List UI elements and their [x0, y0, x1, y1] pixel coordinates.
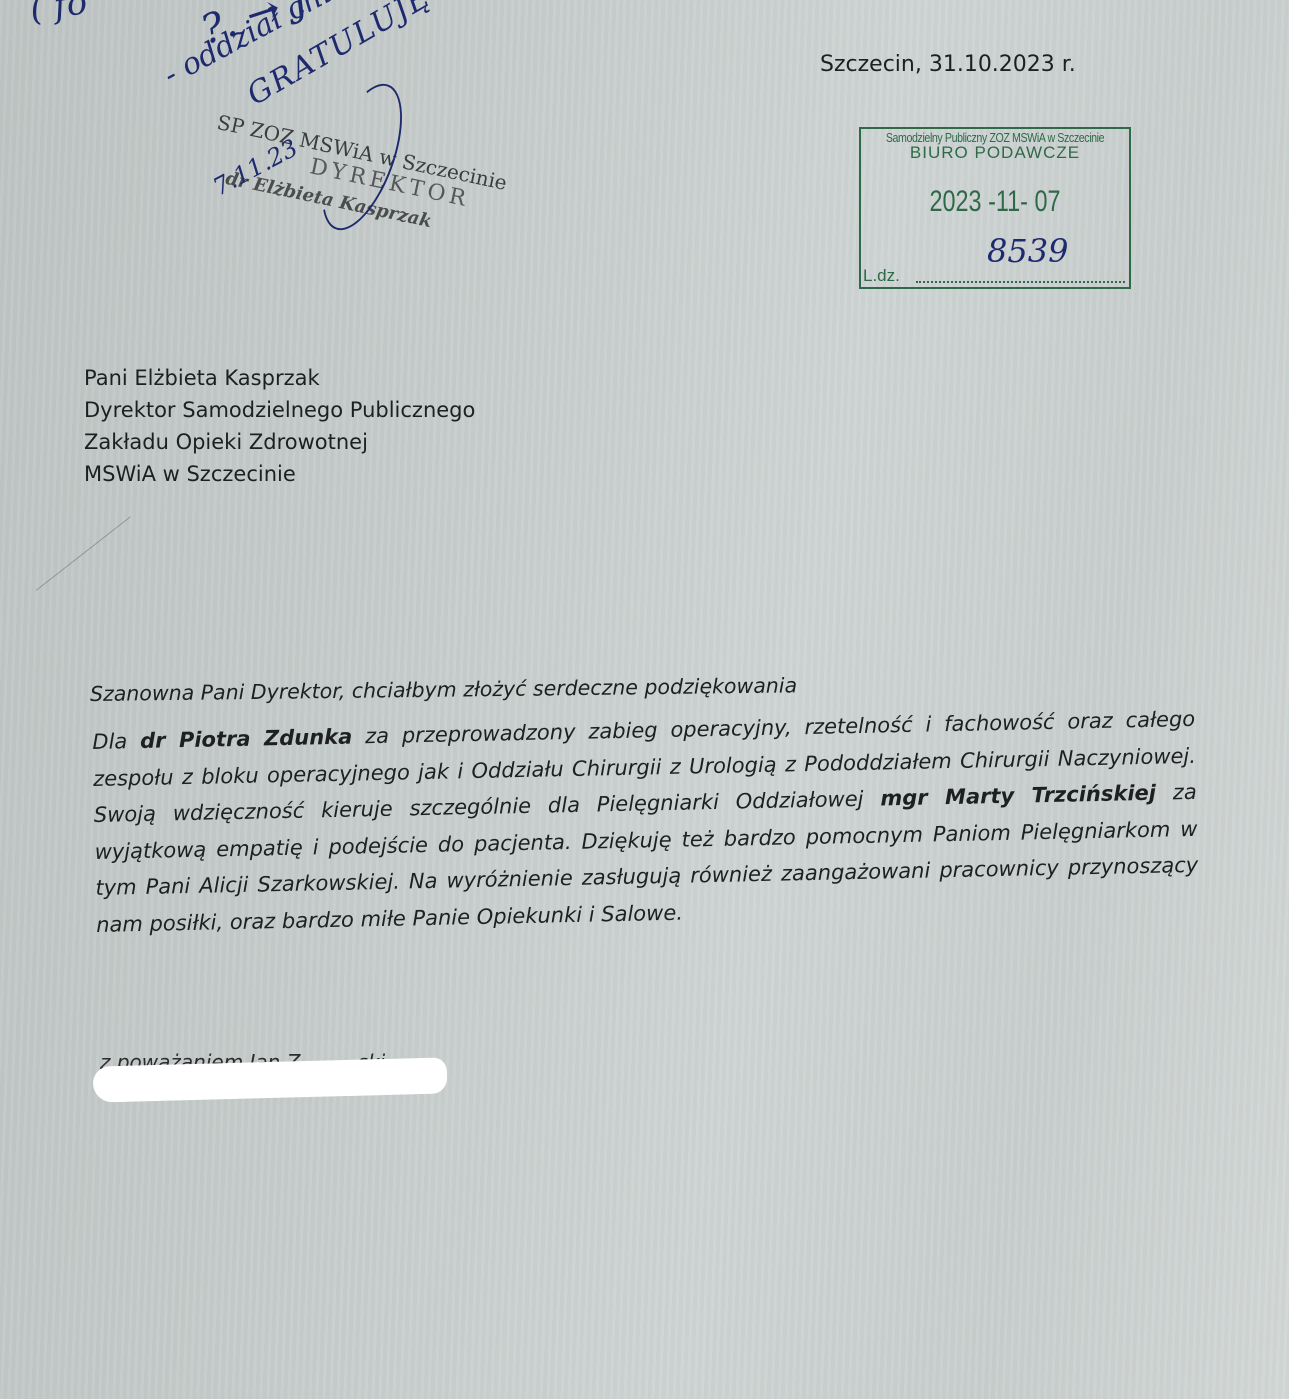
receipt-stamp-ldz-label: L.dz.	[863, 266, 900, 286]
receipt-stamp-date: 2023 -11- 07	[890, 185, 1099, 219]
doctor-name: dr Piotra Zdunka	[140, 725, 353, 753]
recipient-line: Pani Elżbieta Kasprzak	[84, 362, 475, 394]
recipient-line: Zakładu Opieki Zdrowotnej	[84, 426, 475, 458]
body-text-2: za przeprowadzony zabieg operacyjny, rze…	[93, 707, 1196, 827]
place-and-date: Szczecin, 31.10.2023 r.	[820, 52, 1076, 77]
receipt-stamp-dotted-line	[916, 281, 1125, 283]
salutation: Szanowna Pani Dyrektor, chciałbym złożyć…	[90, 673, 797, 706]
receipt-number-handwritten: 8539	[987, 232, 1068, 270]
handwritten-mark-top-left: ( fo	[27, 0, 89, 30]
receipt-stamp-office: BIURO PODAWCZE	[861, 143, 1129, 163]
recipient-line: Dyrektor Samodzielnego Publicznego	[84, 394, 475, 426]
recipient-address: Pani Elżbieta Kasprzak Dyrektor Samodzie…	[84, 362, 475, 490]
recipient-line: MSWiA w Szczecinie	[84, 458, 475, 490]
receipt-stamp-organization: Samodzielny Publiczny ZOZ MSWiA w Szczec…	[885, 130, 1105, 145]
body-text-1: Dla	[92, 729, 140, 754]
head-nurse-name: mgr Marty Trzcińskiej	[880, 781, 1156, 811]
letter-body: Dla dr Piotra Zdunka za przeprowadzony z…	[92, 701, 1199, 943]
paper-crease	[36, 516, 131, 591]
